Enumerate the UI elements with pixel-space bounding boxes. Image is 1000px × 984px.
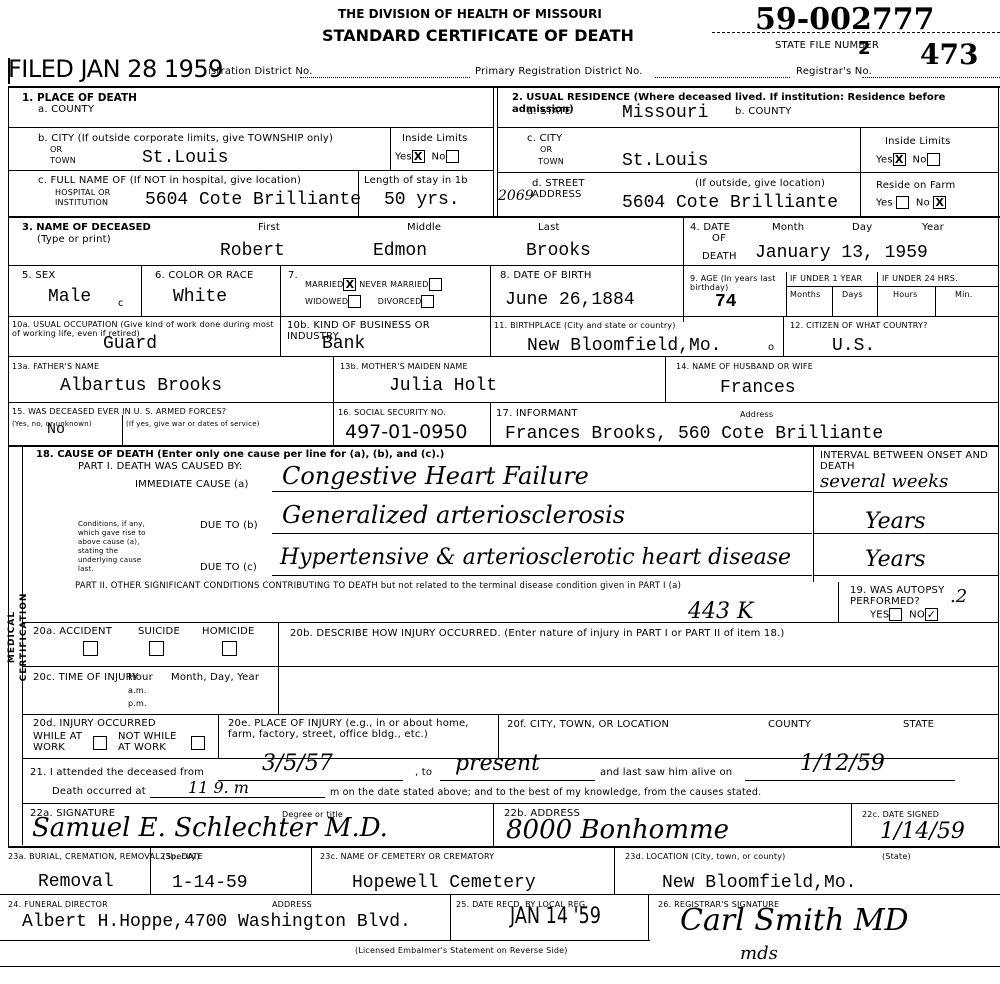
year-label: Year (922, 222, 944, 233)
place-of-death-hospital: 5604 Cote Brilliante (145, 190, 361, 210)
married-label: MARRIED (305, 280, 343, 289)
mother-name: Julia Holt (389, 376, 497, 396)
last-saw: 1/12/59 (800, 752, 885, 776)
last-label: Last (538, 222, 560, 233)
part2-label: PART II. OTHER SIGNIFICANT CONDITIONS CO… (75, 581, 681, 592)
hours-label: Hours (893, 290, 917, 299)
not-while-at-work-checkbox[interactable] (191, 736, 205, 750)
registrar-signature: Carl Smith MD (680, 905, 909, 937)
day-label: Day (852, 222, 872, 233)
autopsy-mark: .2 (950, 585, 967, 609)
divorced-checkbox[interactable] (421, 295, 434, 308)
registration-district-label: istration District No. (208, 66, 313, 77)
death-at-label: Death occurred at (52, 786, 146, 797)
birthplace-mark: o (768, 342, 774, 353)
ssn-label: 16. SOCIAL SECURITY NO. (338, 408, 446, 417)
certificate-title: STANDARD CERTIFICATE OF DEATH (322, 26, 634, 45)
interval-a: several weeks (820, 470, 948, 494)
embalmer-note: (Licensed Embalmer's Statement on Revers… (355, 946, 568, 955)
injury-state-label: STATE (903, 719, 934, 730)
location-label: 23d. LOCATION (City, town, or county) (625, 852, 786, 861)
date-of-death-label-3: DEATH (702, 251, 737, 262)
inside-limits-options: YesX No (395, 150, 459, 163)
no-label: No (916, 198, 930, 209)
city-label: b. CITY (If outside corporate limits, gi… (38, 133, 333, 144)
under-24-hrs-label: IF UNDER 24 HRS. (882, 274, 958, 283)
inside-limits-no-checkbox[interactable] (446, 150, 459, 163)
inside-limits-yes-checkbox[interactable]: X (412, 150, 425, 163)
funeral-address-label: ADDRESS (272, 900, 312, 909)
age-label: 9. AGE (In years last birthday) (690, 274, 785, 292)
to-label: , to (415, 767, 432, 778)
hour-label: Hour (128, 672, 153, 683)
months-label: Months (790, 290, 820, 299)
autopsy-no-label: NO (909, 610, 925, 621)
street-margin-note: 2069 (498, 184, 534, 208)
burial: Removal (38, 872, 114, 892)
homicide-checkbox[interactable] (222, 641, 237, 656)
immediate-cause-label: IMMEDIATE CAUSE (a) (135, 479, 249, 490)
time-of-injury-label: 20c. TIME OF INJURY (33, 672, 138, 683)
attended-label: 21. I attended the deceased from (30, 767, 204, 778)
suicide-checkbox[interactable] (149, 641, 164, 656)
date-of-birth: June 26,1884 (505, 290, 635, 310)
stamp-number: 473 (920, 40, 978, 70)
spouse-name: Frances (720, 378, 796, 398)
part1-label: PART I. DEATH WAS CAUSED BY: (78, 461, 242, 472)
date-of-death: January 13, 1959 (755, 243, 928, 263)
mother-label: 13b. MOTHER'S MAIDEN NAME (340, 362, 468, 371)
yes-label: Yes (876, 198, 893, 209)
no-label: No (913, 155, 927, 166)
farm-no-checkbox[interactable]: X (933, 196, 946, 209)
registrar-no-label: Registrar's No. (796, 66, 872, 77)
farm-yes-checkbox[interactable] (896, 196, 909, 209)
injury-county-label: COUNTY (768, 719, 811, 730)
street-label: d. STREET (532, 178, 585, 189)
attended-from: 3/5/57 (262, 752, 333, 776)
cause-of-death-label: 18. CAUSE OF DEATH (Enter only one cause… (36, 449, 444, 461)
informant-name: Frances Brooks, (505, 424, 667, 444)
date-received: JAN 14 '59 (510, 905, 601, 929)
residence-inside-limits-yes-checkbox[interactable]: X (893, 153, 906, 166)
filed-stamp: FILED JAN 28 1959 (8, 56, 223, 82)
residence-inside-limits-label: Inside Limits (885, 136, 951, 147)
autopsy-no-checkbox[interactable]: ✓ (925, 608, 938, 621)
interval-c: Years (865, 548, 926, 572)
days-label: Days (842, 290, 863, 299)
date-of-death-label-2: OF (712, 233, 726, 244)
race: White (173, 287, 227, 307)
residence-state: Missouri (622, 103, 708, 123)
interval-b: Years (865, 510, 926, 534)
part2-note: 443 K (688, 600, 753, 624)
residence-city-town: TOWN (538, 157, 564, 166)
place-of-death-label: 1. PLACE OF DEATH (22, 92, 137, 104)
residence-city: St.Louis (622, 151, 708, 171)
accident-checkbox[interactable] (83, 641, 98, 656)
disposition-date-label: 23b. DATE (160, 852, 203, 861)
am-label: a.m. (128, 686, 147, 695)
farm-options: Yes No X (876, 196, 946, 209)
widowed-row: WIDOWED DIVORCED (305, 295, 434, 308)
cemetery-label: 23c. NAME OF CEMETERY OR CREMATORY (320, 852, 494, 861)
agency-title: THE DIVISION OF HEALTH OF MISSOURI (338, 7, 602, 21)
due-to-c: Hypertensive & arteriosclerotic heart di… (280, 546, 791, 570)
armed-forces-label: 15. WAS DECEASED EVER IN U. S. ARMED FOR… (12, 407, 226, 416)
place-of-death-city: St.Louis (142, 148, 228, 168)
while-at-work-checkbox[interactable] (93, 736, 107, 750)
yes-label: Yes (395, 152, 412, 163)
autopsy-yes-label: YES (870, 610, 889, 621)
month-label: Month (772, 222, 804, 233)
first-name: Robert (220, 241, 285, 261)
name-label: 3. NAME OF DECEASED (22, 222, 151, 234)
primary-registration-label: Primary Registration District No. (475, 66, 643, 77)
date-of-death-label: 4. DATE (690, 222, 730, 233)
due-to-c-label: DUE TO (c) (200, 562, 257, 573)
due-to-b: Generalized arteriosclerosis (282, 503, 625, 527)
divorced-label: DIVORCED (378, 297, 422, 306)
residence-inside-limits-options: YesX No (876, 153, 940, 166)
registrar-no-handwritten: 2 (858, 38, 871, 59)
name-sublabel: (Type or print) (37, 234, 111, 245)
injury-work-label: 20d. INJURY OCCURRED (33, 718, 156, 729)
spouse-label: 14. NAME OF HUSBAND OR WIFE (676, 362, 813, 371)
homicide-label: HOMICIDE (202, 626, 255, 637)
yes-label: Yes (876, 155, 893, 166)
pm-label: p.m. (128, 699, 147, 708)
length-of-stay-label: Length of stay in 1b (364, 175, 468, 186)
injury-describe-label: 20b. DESCRIBE HOW INJURY OCCURRED. (Ente… (290, 628, 785, 639)
min-label: Min. (955, 290, 973, 299)
marital-label: 7. (288, 270, 298, 281)
month-day-year-label: Month, Day, Year (171, 672, 259, 683)
widowed-label: WIDOWED (305, 297, 348, 306)
sex-label: 5. SEX (22, 270, 55, 281)
injury-city-label: 20f. CITY, TOWN, OR LOCATION (507, 719, 669, 730)
race-label: 6. COLOR OR RACE (155, 270, 254, 281)
residence-inside-limits-no-checkbox[interactable] (927, 153, 940, 166)
autopsy-yes-checkbox[interactable] (889, 608, 902, 621)
citizen: U.S. (832, 336, 875, 356)
birthplace: New Bloomfield,Mo. (527, 336, 721, 356)
accident-label: 20a. ACCIDENT (33, 626, 112, 637)
funeral-director: Albert H.Hoppe,4700 Washington Blvd. (22, 912, 411, 932)
ssn: 497-01-0950 (345, 422, 468, 442)
residence-county-label: b. COUNTY (735, 106, 791, 117)
immediate-cause: Congestive Heart Failure (282, 464, 589, 488)
residence-city-or: OR (540, 145, 552, 154)
citizen-label: 12. CITIZEN OF WHAT COUNTRY? (790, 321, 928, 330)
business-label: 10b. KIND OF BUSINESS OR INDUSTRY (287, 320, 477, 342)
registrar-initials: mds (740, 942, 778, 966)
sex-mark: c (118, 298, 124, 309)
date-signed: 1/14/59 (880, 820, 965, 844)
medical-certification-label: MEDICAL CERTIFICATION (6, 567, 30, 707)
county-label: a. COUNTY (38, 104, 94, 115)
married-checkbox[interactable]: X (343, 278, 356, 291)
location: New Bloomfield,Mo. (662, 873, 856, 893)
death-at-suffix: m on the date stated above; and to the b… (330, 787, 761, 798)
death-at: 11 9. m (188, 776, 249, 800)
cemetery: Hopewell Cemetery (352, 873, 536, 893)
physician-address: 8000 Bonhomme (506, 818, 729, 842)
date-signed-label: 22c. DATE SIGNED (862, 810, 939, 819)
never-married-label: NEVER MARRIED (359, 280, 428, 289)
informant-address-label: Address (740, 410, 773, 419)
hospital-label-2: HOSPITAL OR (55, 188, 110, 197)
residence-street: 5604 Cote Brilliante (622, 193, 838, 213)
disposition-date: 1-14-59 (172, 873, 248, 893)
not-while-at-work-label: NOT WHILE AT WORK (118, 731, 186, 753)
interval-label: INTERVAL BETWEEN ONSET AND DEATH (820, 450, 995, 472)
suicide-label: SUICIDE (138, 626, 180, 637)
attended-to: present (455, 752, 540, 776)
conditions-note: Conditions, if any, which gave rise to a… (78, 520, 153, 574)
hospital-label: c. FULL NAME OF (If NOT in hospital, giv… (38, 175, 301, 186)
place-of-injury-label: 20e. PLACE OF INJURY (e.g., in or about … (228, 718, 498, 740)
street-label-2: ADDRESS (532, 189, 582, 200)
married-row: MARRIEDX NEVER MARRIED (305, 278, 442, 291)
widowed-checkbox[interactable] (348, 295, 361, 308)
last-name: Brooks (526, 241, 591, 261)
autopsy-options: YES NO✓ (870, 608, 938, 621)
informant-label: 17. INFORMANT (496, 408, 578, 419)
age: 74 (715, 292, 737, 312)
dob-label: 8. DATE OF BIRTH (500, 270, 592, 281)
street-note: (If outside, give location) (695, 178, 825, 189)
funeral-director-label: 24. FUNERAL DIRECTOR (8, 900, 108, 909)
residence-state-label: a. STATE (527, 106, 571, 117)
armed-forces: No (47, 420, 65, 440)
middle-label: Middle (407, 222, 441, 233)
hospital-label-3: INSTITUTION (55, 198, 108, 207)
residence-city-label: c. CITY (527, 133, 562, 144)
due-to-b-label: DUE TO (b) (200, 520, 258, 531)
father-label: 13a. FATHER'S NAME (12, 362, 99, 371)
physician-signature: Samuel E. Schlechter M.D. (32, 816, 388, 840)
middle-name: Edmon (373, 241, 427, 261)
farm-label: Reside on Farm (876, 180, 955, 191)
birthplace-label: 11. BIRTHPLACE (City and state or countr… (494, 321, 676, 330)
first-label: First (258, 222, 280, 233)
city-or-label: OR (50, 145, 62, 154)
autopsy-label: 19. WAS AUTOPSY PERFORMED? (850, 585, 1000, 607)
never-married-checkbox[interactable] (429, 278, 442, 291)
inside-limits-label: Inside Limits (402, 133, 468, 144)
sex: Male (48, 287, 91, 307)
location-state-label: (State) (882, 852, 911, 861)
while-at-work-label: WHILE AT WORK (33, 731, 88, 753)
under-1-year-label: IF UNDER 1 YEAR (790, 274, 862, 283)
armed-forces-sub2: (If yes, give war or dates of service) (126, 419, 260, 430)
city-town-label: TOWN (50, 156, 76, 165)
no-label: No (432, 152, 446, 163)
length-of-stay: 50 yrs. (384, 190, 460, 210)
last-saw-label: and last saw him alive on (600, 767, 732, 778)
business: Bank (322, 334, 365, 354)
occupation: Guard (103, 334, 157, 354)
informant-address: 560 Cote Brilliante (678, 424, 883, 444)
father-name: Albartus Brooks (60, 376, 222, 396)
